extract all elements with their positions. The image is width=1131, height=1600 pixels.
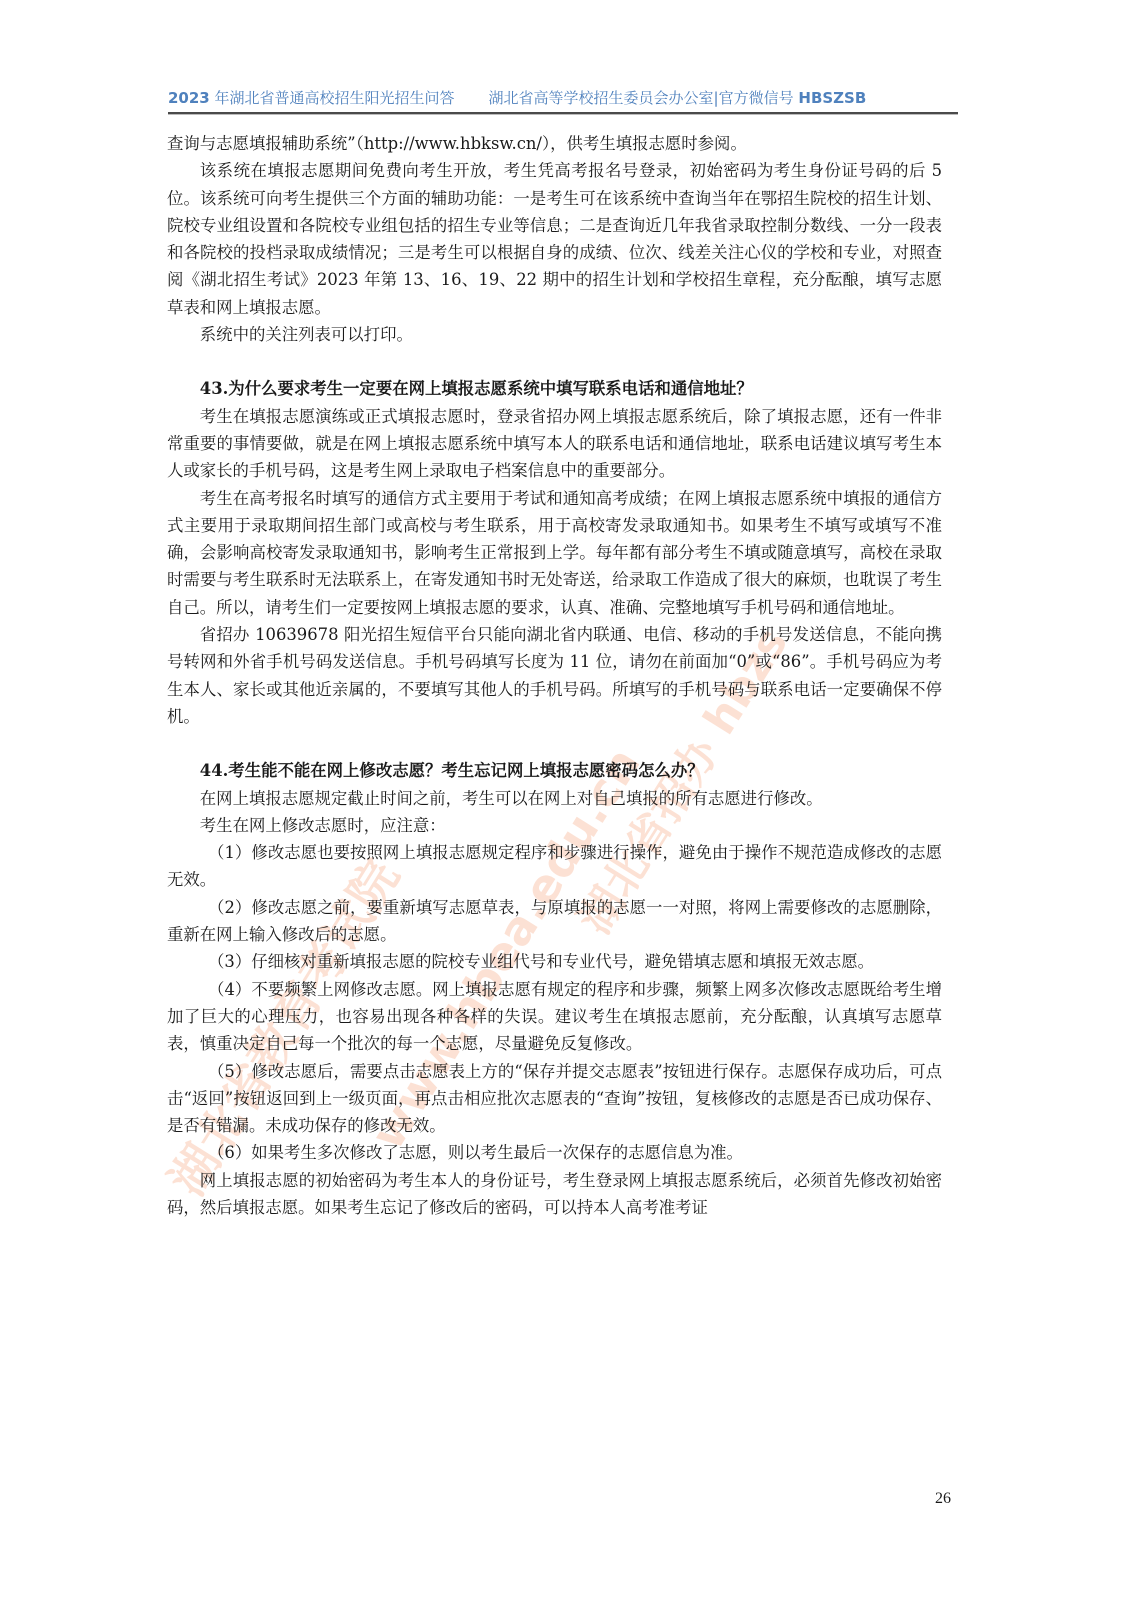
question-44-title: 44.考生能不能在网上修改志愿？考生忘记网上填报志愿密码怎么办？ [167, 730, 942, 784]
header-right-title: 湖北省高等学校招生委员会办公室|官方微信号 [489, 89, 794, 107]
q44-item-4: （4）不要频繁上网修改志愿。网上填报志愿有规定的程序和步骤，频繁上网多次修改志愿… [167, 976, 942, 1058]
header-left: 2023 年湖北省普通高校招生阳光招生问答 [168, 87, 455, 108]
header-left-title: 年湖北省普通高校招生阳光招生问答 [215, 89, 455, 107]
q43-paragraph-2: 考生在高考报名时填写的通信方式主要用于考试和通知高考成绩；在网上填报志愿系统中填… [167, 485, 942, 621]
page-number: 26 [935, 1490, 951, 1508]
q44-intro-1: 在网上填报志愿规定截止时间之前，考生可以在网上对自己填报的所有志愿进行修改。 [167, 785, 942, 812]
question-43-title: 43.为什么要求考生一定要在网上填报志愿系统中填写联系电话和通信地址？ [167, 348, 942, 402]
q44-closing: 网上填报志愿的初始密码为考生本人的身份证号，考生登录网上填报志愿系统后，必须首先… [167, 1167, 942, 1222]
q44-intro-2: 考生在网上修改志愿时，应注意： [167, 812, 942, 839]
document-body: 查询与志愿填报辅助系统”（http://www.hbksw.cn/），供考生填报… [167, 130, 942, 1221]
q44-item-3: （3）仔细核对重新填报志愿的院校专业组代号和专业代号，避免错填志愿和填报无效志愿… [167, 948, 942, 975]
q43-paragraph-3: 省招办 10639678 阳光招生短信平台只能向湖北省内联通、电信、移动的手机号… [167, 621, 942, 730]
q44-item-2: （2）修改志愿之前，要重新填写志愿草表，与原填报的志愿一一对照，将网上需要修改的… [167, 894, 942, 949]
header-right: 湖北省高等学校招生委员会办公室|官方微信号 HBSZSB [489, 87, 867, 108]
header-wechat-code: HBSZSB [798, 89, 866, 107]
q44-item-1: （1）修改志愿也要按照网上填报志愿规定程序和步骤进行操作，避免由于操作不规范造成… [167, 839, 942, 894]
running-header: 2023 年湖北省普通高校招生阳光招生问答 湖北省高等学校招生委员会办公室|官方… [168, 80, 958, 114]
paragraph-system-intro: 该系统在填报志愿期间免费向考生开放，考生凭高考报名号登录，初始密码为考生身份证号… [167, 157, 942, 321]
q44-item-5: （5）修改志愿后，需要点击志愿表上方的“保存并提交志愿表”按钮进行保存。志愿保存… [167, 1058, 942, 1140]
header-year: 2023 [168, 89, 210, 107]
paragraph-print-note: 系统中的关注列表可以打印。 [167, 321, 942, 348]
q44-item-6: （6）如果考生多次修改了志愿，则以考生最后一次保存的志愿信息为准。 [167, 1139, 942, 1166]
document-page: 2023 年湖北省普通高校招生阳光招生问答 湖北省高等学校招生委员会办公室|官方… [0, 0, 1131, 1600]
paragraph-continuation: 查询与志愿填报辅助系统”（http://www.hbksw.cn/），供考生填报… [167, 130, 942, 157]
q43-paragraph-1: 考生在填报志愿演练或正式填报志愿时，登录省招办网上填报志愿系统后，除了填报志愿，… [167, 403, 942, 485]
